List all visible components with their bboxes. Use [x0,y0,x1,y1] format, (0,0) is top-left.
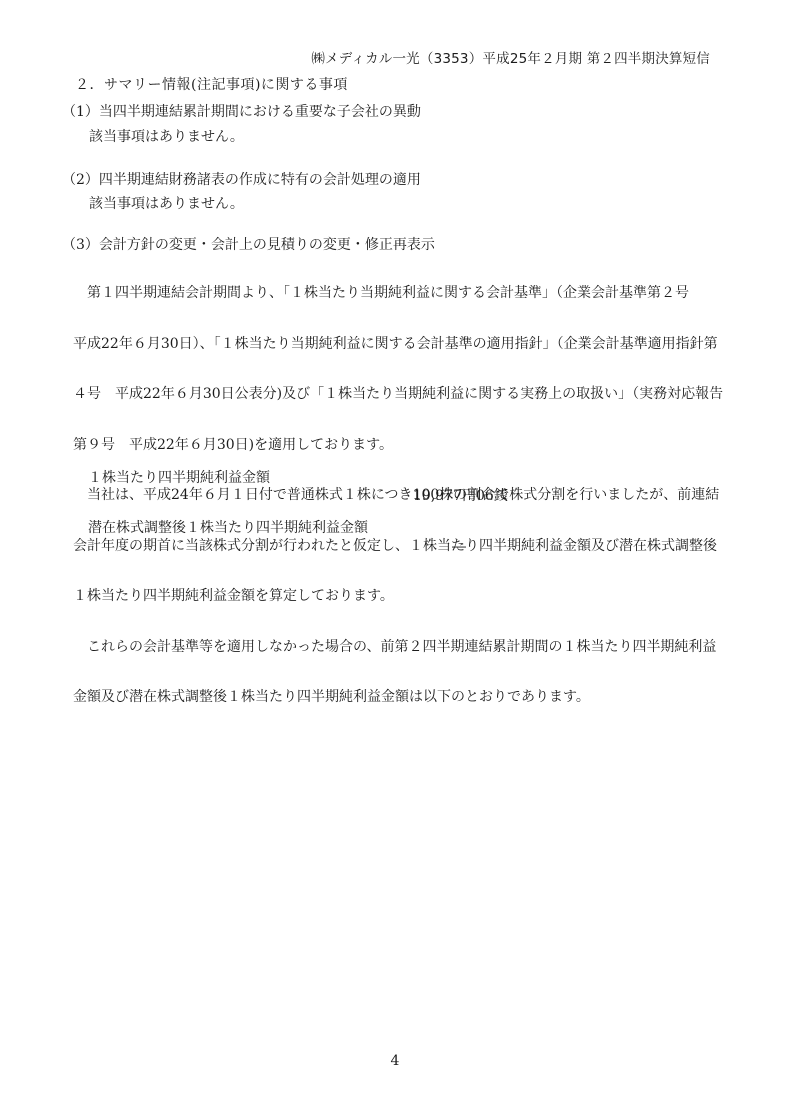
figure-label: 潜在株式調整後１株当たり四半期純利益金額 [88,519,368,538]
figure-row: １株当たり四半期純利益金額 19,977円06銭 [0,450,790,469]
paragraph-line: ４号 平成22年６月30日公表分)及び「１株当たり当期純利益に関する実務上の取扱… [73,385,723,404]
figure-row: 潜在株式調整後１株当たり四半期純利益金額 ― [0,501,790,520]
subsection-3-title: （3）会計方針の変更・会計上の見積りの変更・修正再表示 [62,234,435,254]
main-section-title: ２．サマリー情報(注記事項)に関する事項 [75,74,348,94]
paragraph-line: これらの会計基準等を適用しなかった場合の、前第２四半期連結累計期間の１株当たり四… [73,638,723,657]
subsection-1-title: （1）当四半期連結累計期間における重要な子会社の異動 [62,101,421,121]
subsection-2-title: （2）四半期連結財務諸表の作成に特有の会計処理の適用 [62,169,421,189]
paragraph-line: 金額及び潜在株式調整後１株当たり四半期純利益金額は以下のとおりであります。 [73,688,723,707]
document-header: ㈱メディカル一光（3353）平成25年２月期 第２四半期決算短信 [0,47,710,67]
per-share-figures: １株当たり四半期純利益金額 19,977円06銭 潜在株式調整後１株当たり四半期… [0,418,790,551]
subsection-2-body: 該当事項はありません。 [89,193,244,213]
subsection-1-body: 該当事項はありません。 [89,126,244,146]
paragraph-line: 平成22年６月30日）、「１株当たり当期純利益に関する会計基準の適用指針」（企業… [73,335,723,354]
paragraph-line: １株当たり四半期純利益金額を算定しております。 [73,587,723,606]
document-page: ㈱メディカル一光（3353）平成25年２月期 第２四半期決算短信 ２．サマリー情… [0,0,790,1118]
page-number: 4 [0,1053,790,1069]
figure-label: １株当たり四半期純利益金額 [88,469,270,488]
figure-value: ― [452,538,466,557]
paragraph-line: 第１四半期連結会計期間より、「１株当たり当期純利益に関する会計基準」（企業会計基… [73,284,723,303]
